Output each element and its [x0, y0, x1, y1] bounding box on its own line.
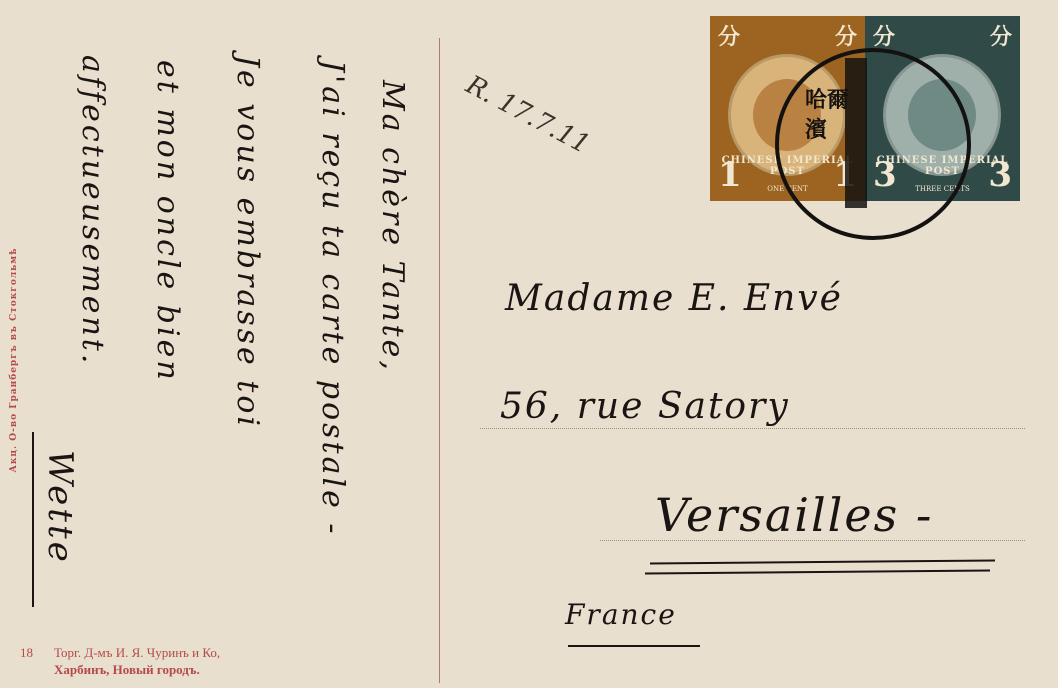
country-underline — [568, 645, 700, 647]
publisher-text: Акц. О-во Гранбергъ въ Стокгольмѣ — [9, 248, 19, 473]
postcard: Акц. О-во Гранбергъ въ Стокгольмѣ Ma chè… — [0, 0, 1058, 688]
message-line-1: Ma chère Tante, — [375, 80, 410, 373]
address-guide-1 — [480, 428, 1025, 429]
footer-line-2: Харбинъ, Новый городъ. — [20, 661, 220, 678]
underline-1 — [650, 559, 995, 564]
message-line-5: affectueusement. — [75, 55, 110, 366]
publisher-imprint: Акц. О-во Гранбергъ въ Стокгольмѣ — [8, 195, 20, 525]
postmark-characters: 哈爾濱 — [805, 85, 855, 145]
footer-line-1: Торг. Д-мъ И. Я. Чуринъ и Ко, — [54, 645, 220, 660]
center-divider — [439, 38, 440, 683]
address-line-3: Versailles - — [655, 488, 933, 542]
card-number: 18 — [20, 644, 54, 661]
signature: Wette — [40, 450, 80, 565]
underline-2 — [645, 569, 990, 574]
message-line-4: et mon oncle bien — [150, 60, 185, 383]
publisher-footer: 18Торг. Д-мъ И. Я. Чуринъ и Ко, Харбинъ,… — [20, 644, 220, 678]
address-line-4: France — [565, 598, 677, 631]
address-line-1: Madame E. Envé — [505, 278, 843, 319]
signature-underline — [32, 432, 34, 607]
receipt-note: R. 17.7.11 — [461, 70, 595, 160]
address-line-2: 56, rue Satory — [500, 386, 790, 427]
message-line-3: Je vous embrasse toi — [230, 55, 265, 429]
message-line-2: J'ai reçu ta carte postale - — [315, 60, 350, 537]
